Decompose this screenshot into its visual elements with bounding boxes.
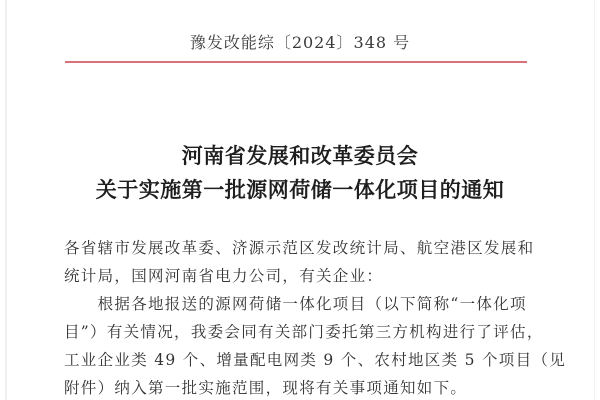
document-title-subject: 关于实施第一批源网荷储一体化项目的通知 [0, 174, 600, 204]
body-line: 统计局，国网河南省电力公司，有关企业： [64, 262, 383, 290]
body-line: 各省辖市发展改革委、济源示范区发改统计局、航空港区发展和 [64, 234, 534, 262]
document-number: 豫发改能综〔2024〕348 号 [0, 30, 600, 53]
body-line: 工业企业类 49 个、增量配电网类 9 个、农村地区类 5 个项目（见 [64, 346, 566, 374]
red-header-rule [65, 61, 527, 63]
body-line: 根据各地报送的源网荷储一体化项目（以下简称“一体化项 [64, 290, 527, 318]
document-title-issuer: 河南省发展和改革委员会 [0, 140, 600, 170]
body-line: 目”）有关情况，我委会同有关部门委托第三方机构进行了评估， [64, 318, 544, 346]
body-line: 附件）纳入第一批实施范围，现将有关事项通知如下。 [64, 374, 467, 400]
